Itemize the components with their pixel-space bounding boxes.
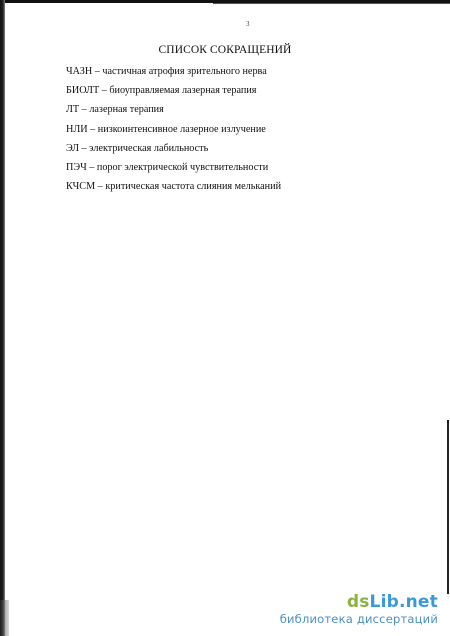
scan-edge-left-shadow (0, 600, 9, 636)
scan-edge-left (0, 0, 5, 636)
abbreviation-item: ЛТ – лазерная терапия (66, 104, 281, 123)
page-heading: СПИСОК СОКРАЩЕНИЙ (0, 44, 450, 56)
page-number: 3 (246, 20, 250, 28)
scan-edge-right (447, 420, 449, 594)
scanned-document-page: 3 СПИСОК СОКРАЩЕНИЙ ЧАЗН – частичная атр… (0, 0, 450, 636)
abbreviation-list: ЧАЗН – частичная атрофия зрительного нер… (66, 66, 281, 200)
abbreviation-item: БИОЛТ – биоуправляемая лазерная терапия (66, 85, 281, 104)
abbreviation-item: НЛИ – низкоинтенсивное лазерное излучени… (66, 124, 281, 143)
watermark-logo-suffix: Lib.net (370, 592, 438, 612)
watermark-tagline: библиотека диссертаций (280, 612, 438, 626)
dslib-watermark: dsLib.net библиотека диссертаций (280, 592, 438, 626)
abbreviation-item: КЧСМ – критическая частота слияния мельк… (66, 181, 281, 200)
scan-edge-top-shadow (213, 3, 450, 4)
abbreviation-item: ЧАЗН – частичная атрофия зрительного нер… (66, 66, 281, 85)
watermark-logo-prefix: ds (347, 592, 370, 612)
abbreviation-item: ЭЛ – электрическая лабильность (66, 143, 281, 162)
watermark-logo: dsLib.net (280, 592, 438, 612)
abbreviation-item: ПЭЧ – порог электрической чувствительнос… (66, 162, 281, 181)
